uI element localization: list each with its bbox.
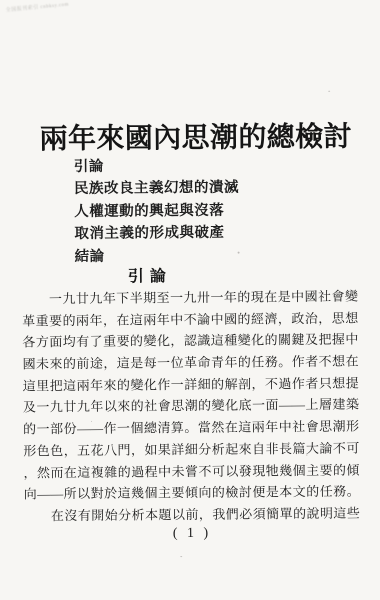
body-line: 革重要的兩年，在這兩年中不論中國的經濟，政治，思想 [22,307,358,332]
body-line: 的一部份——作一個總清算。當然在這兩年中社會思潮形 [23,416,359,441]
scan-speck [238,252,240,254]
outline-item: 引論 [74,155,239,179]
body-line: 形色色，五花八門，如果詳細分析起來自非長篇大論不可 [23,437,359,462]
outline-item: 取消主義的形成與破產 [74,222,239,246]
scan-speck [180,556,182,557]
body-line: 及一九廿九年以來的社會思潮的變化底一面——上層建築 [23,394,359,419]
scan-speck [328,91,330,92]
body-line: 國未來的前途，這是每一位革命青年的任務。作者不想在 [22,351,358,376]
scan-speck [214,180,216,182]
scan-speck [91,421,92,422]
outline-item: 人權運動的興起與沒落 [74,199,239,223]
body-line: 一九廿九年下半期至一九卅一年的現在是中國社會變 [22,286,358,311]
body-line: 這里把這兩年來的變化作一詳細的解剖，不過作者只想提 [23,372,359,397]
body-line: 各方面均有了重要的變化，認識這種變化的關鍵及把握中 [22,329,358,354]
scan-watermark: 全国报刊索引 cnbksy.com [5,1,69,14]
scan-speck [306,454,307,456]
section-heading: 引 論 [128,263,167,286]
body-line: 向——所以對於這幾個主要傾向的檢討便是本文的任務。 [24,481,360,506]
article-title: 兩年來國內思潮的總檢討 [39,120,351,157]
page-number: ( 1 ) [2,524,380,543]
body-line: 在沒有開始分析本題以前，我們必須簡單的說明這些 [24,502,360,527]
body-line: ，然而在這複雜的過程中未嘗不可以發現牠幾個主要的傾 [23,459,359,484]
body-text: 一九廿九年下半期至一九卅一年的現在是中國社會變 革重要的兩年，在這兩年中不論中國… [22,286,360,527]
scanned-page: 全国报刊索引 cnbksy.com 兩年來國內思潮的總檢討 引論 民族改良主義幻… [0,0,380,600]
outline-list: 引論 民族改良主義幻想的潰滅 人權運動的興起與沒落 取消主義的形成與破產 結論 [74,155,240,268]
